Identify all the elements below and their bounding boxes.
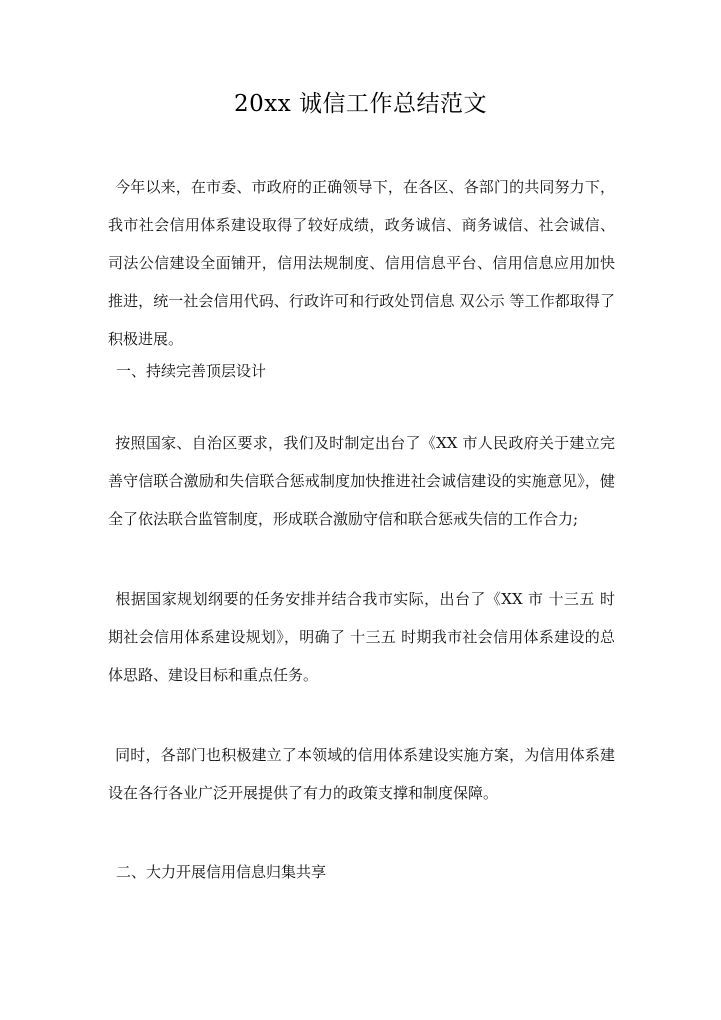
paragraph-text: 按照国家、自治区要求，我们及时制定出台了《XX 市人民政府关于建立完善守信联合激… <box>108 434 615 528</box>
document-page: 20xx 诚信工作总结范文 今年以来，在市委、市政府的正确领导下，在各区、各部门… <box>0 0 721 1020</box>
paragraph-section1-a: 按照国家、自治区要求，我们及时制定出台了《XX 市人民政府关于建立完善守信联合激… <box>108 424 615 538</box>
paragraph-text: 今年以来，在市委、市政府的正确领导下，在各区、各部门的共同努力下，我市社会信用体… <box>108 178 615 348</box>
section-heading-2: 二、大力开展信用信息归集共享 <box>116 853 326 891</box>
section-heading-1: 一、持续完善顶层设计 <box>116 352 266 390</box>
paragraph-section1-b: 根据国家规划纲要的任务安排并结合我市实际，出台了《XX 市 十三五 时期社会信用… <box>108 580 615 694</box>
paragraph-intro: 今年以来，在市委、市政府的正确领导下，在各区、各部门的共同努力下，我市社会信用体… <box>108 168 615 358</box>
paragraph-text: 同时，各部门也积极建立了本领域的信用体系建设实施方案，为信用体系建设在各行各业广… <box>108 746 615 802</box>
paragraph-section1-c: 同时，各部门也积极建立了本领域的信用体系建设实施方案，为信用体系建设在各行各业广… <box>108 736 615 812</box>
paragraph-text: 根据国家规划纲要的任务安排并结合我市实际，出台了《XX 市 十三五 时期社会信用… <box>108 590 615 684</box>
document-title: 20xx 诚信工作总结范文 <box>0 86 721 122</box>
